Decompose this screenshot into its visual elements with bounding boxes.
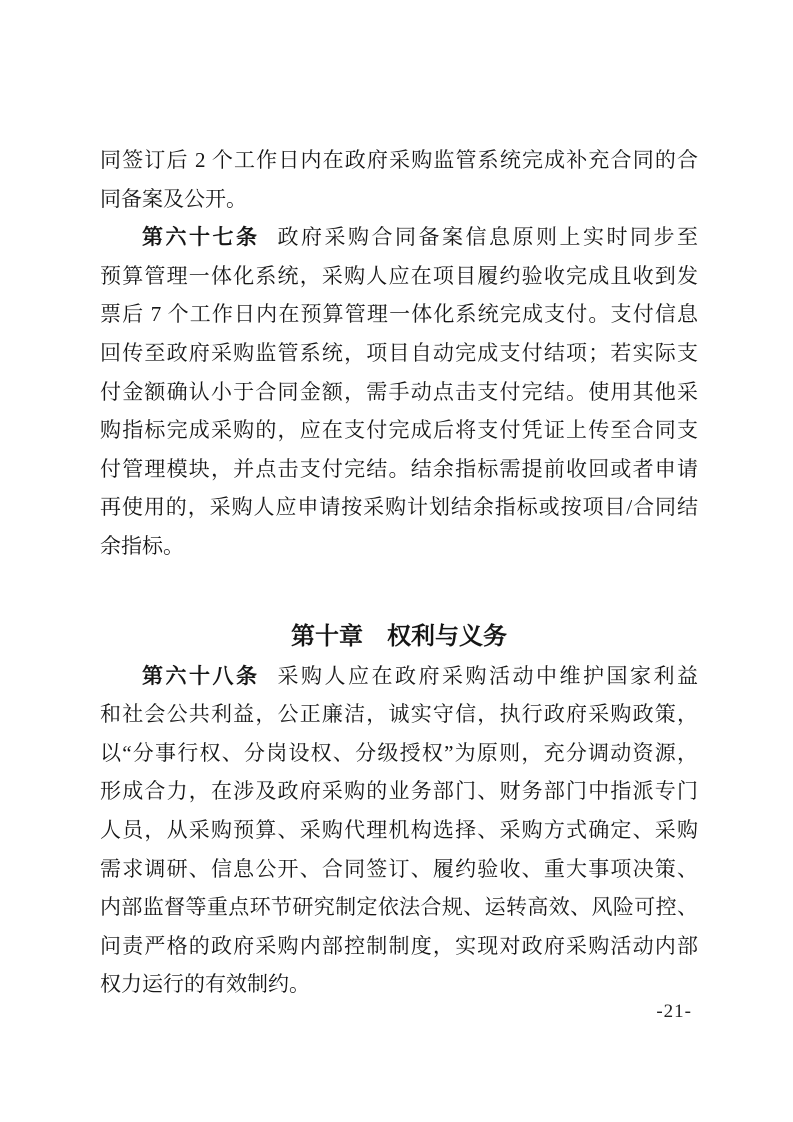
article-68-label: 第六十八条	[142, 664, 260, 688]
page-number: -21-	[656, 1001, 692, 1023]
text-line: 购指标完成采购的，应在支付完成后将支付凭证上传至合同支	[100, 411, 698, 450]
text-line: 同签订后 2 个工作日内在政府采购监管系统完成补充合同的合	[100, 141, 698, 180]
text-line: 票后 7 个工作日内在预算管理一体化系统完成支付。支付信息	[100, 295, 698, 334]
text-line: 问责严格的政府采购内部控制制度，实现对政府采购活动内部	[100, 927, 698, 966]
document-page: 同签订后 2 个工作日内在政府采购监管系统完成补充合同的合 同备案及公开。 第六…	[0, 0, 793, 1122]
chapter-heading: 第十章 权利与义务	[100, 617, 698, 657]
text-block: 同签订后 2 个工作日内在政府采购监管系统完成补充合同的合 同备案及公开。 第六…	[100, 141, 698, 1004]
text-line: 余指标。	[100, 527, 698, 566]
text-line: 内部监督等重点环节研究制定依法合规、运转高效、风险可控、	[100, 888, 698, 927]
text-line: 回传至政府采购监管系统，项目自动完成支付结项；若实际支	[100, 334, 698, 373]
text-line: 需求调研、信息公开、合同签订、履约验收、重大事项决策、	[100, 850, 698, 889]
article-68-text: 采购人应在政府采购活动中维护国家利益	[278, 664, 699, 688]
text-line: 付管理模块，并点击支付完结。结余指标需提前收回或者申请	[100, 450, 698, 489]
text-line: 形成合力，在涉及政府采购的业务部门、财务部门中指派专门	[100, 772, 698, 811]
text-line: 预算管理一体化系统，采购人应在项目履约验收完成且收到发	[100, 257, 698, 296]
text-line: 同备案及公开。	[100, 180, 698, 219]
text-line: 和社会公共利益，公正廉洁，诚实守信，执行政府采购政策，	[100, 695, 698, 734]
text-line: 付金额确认小于合同金额，需手动点击支付完结。使用其他采	[100, 373, 698, 412]
article-67-first-line: 第六十七条政府采购合同备案信息原则上实时同步至	[100, 218, 698, 257]
article-68-first-line: 第六十八条采购人应在政府采购活动中维护国家利益	[100, 657, 698, 696]
text-line: 以“分事行权、分岗设权、分级授权”为原则，充分调动资源，	[100, 734, 698, 773]
text-line: 再使用的，采购人应申请按采购计划结余指标或按项目/合同结	[100, 488, 698, 527]
section-gap	[100, 566, 698, 617]
article-67-label: 第六十七条	[142, 225, 260, 249]
text-line: 人员，从采购预算、采购代理机构选择、采购方式确定、采购	[100, 811, 698, 850]
article-67-text: 政府采购合同备案信息原则上实时同步至	[278, 225, 699, 249]
text-line: 权力运行的有效制约。	[100, 965, 698, 1004]
